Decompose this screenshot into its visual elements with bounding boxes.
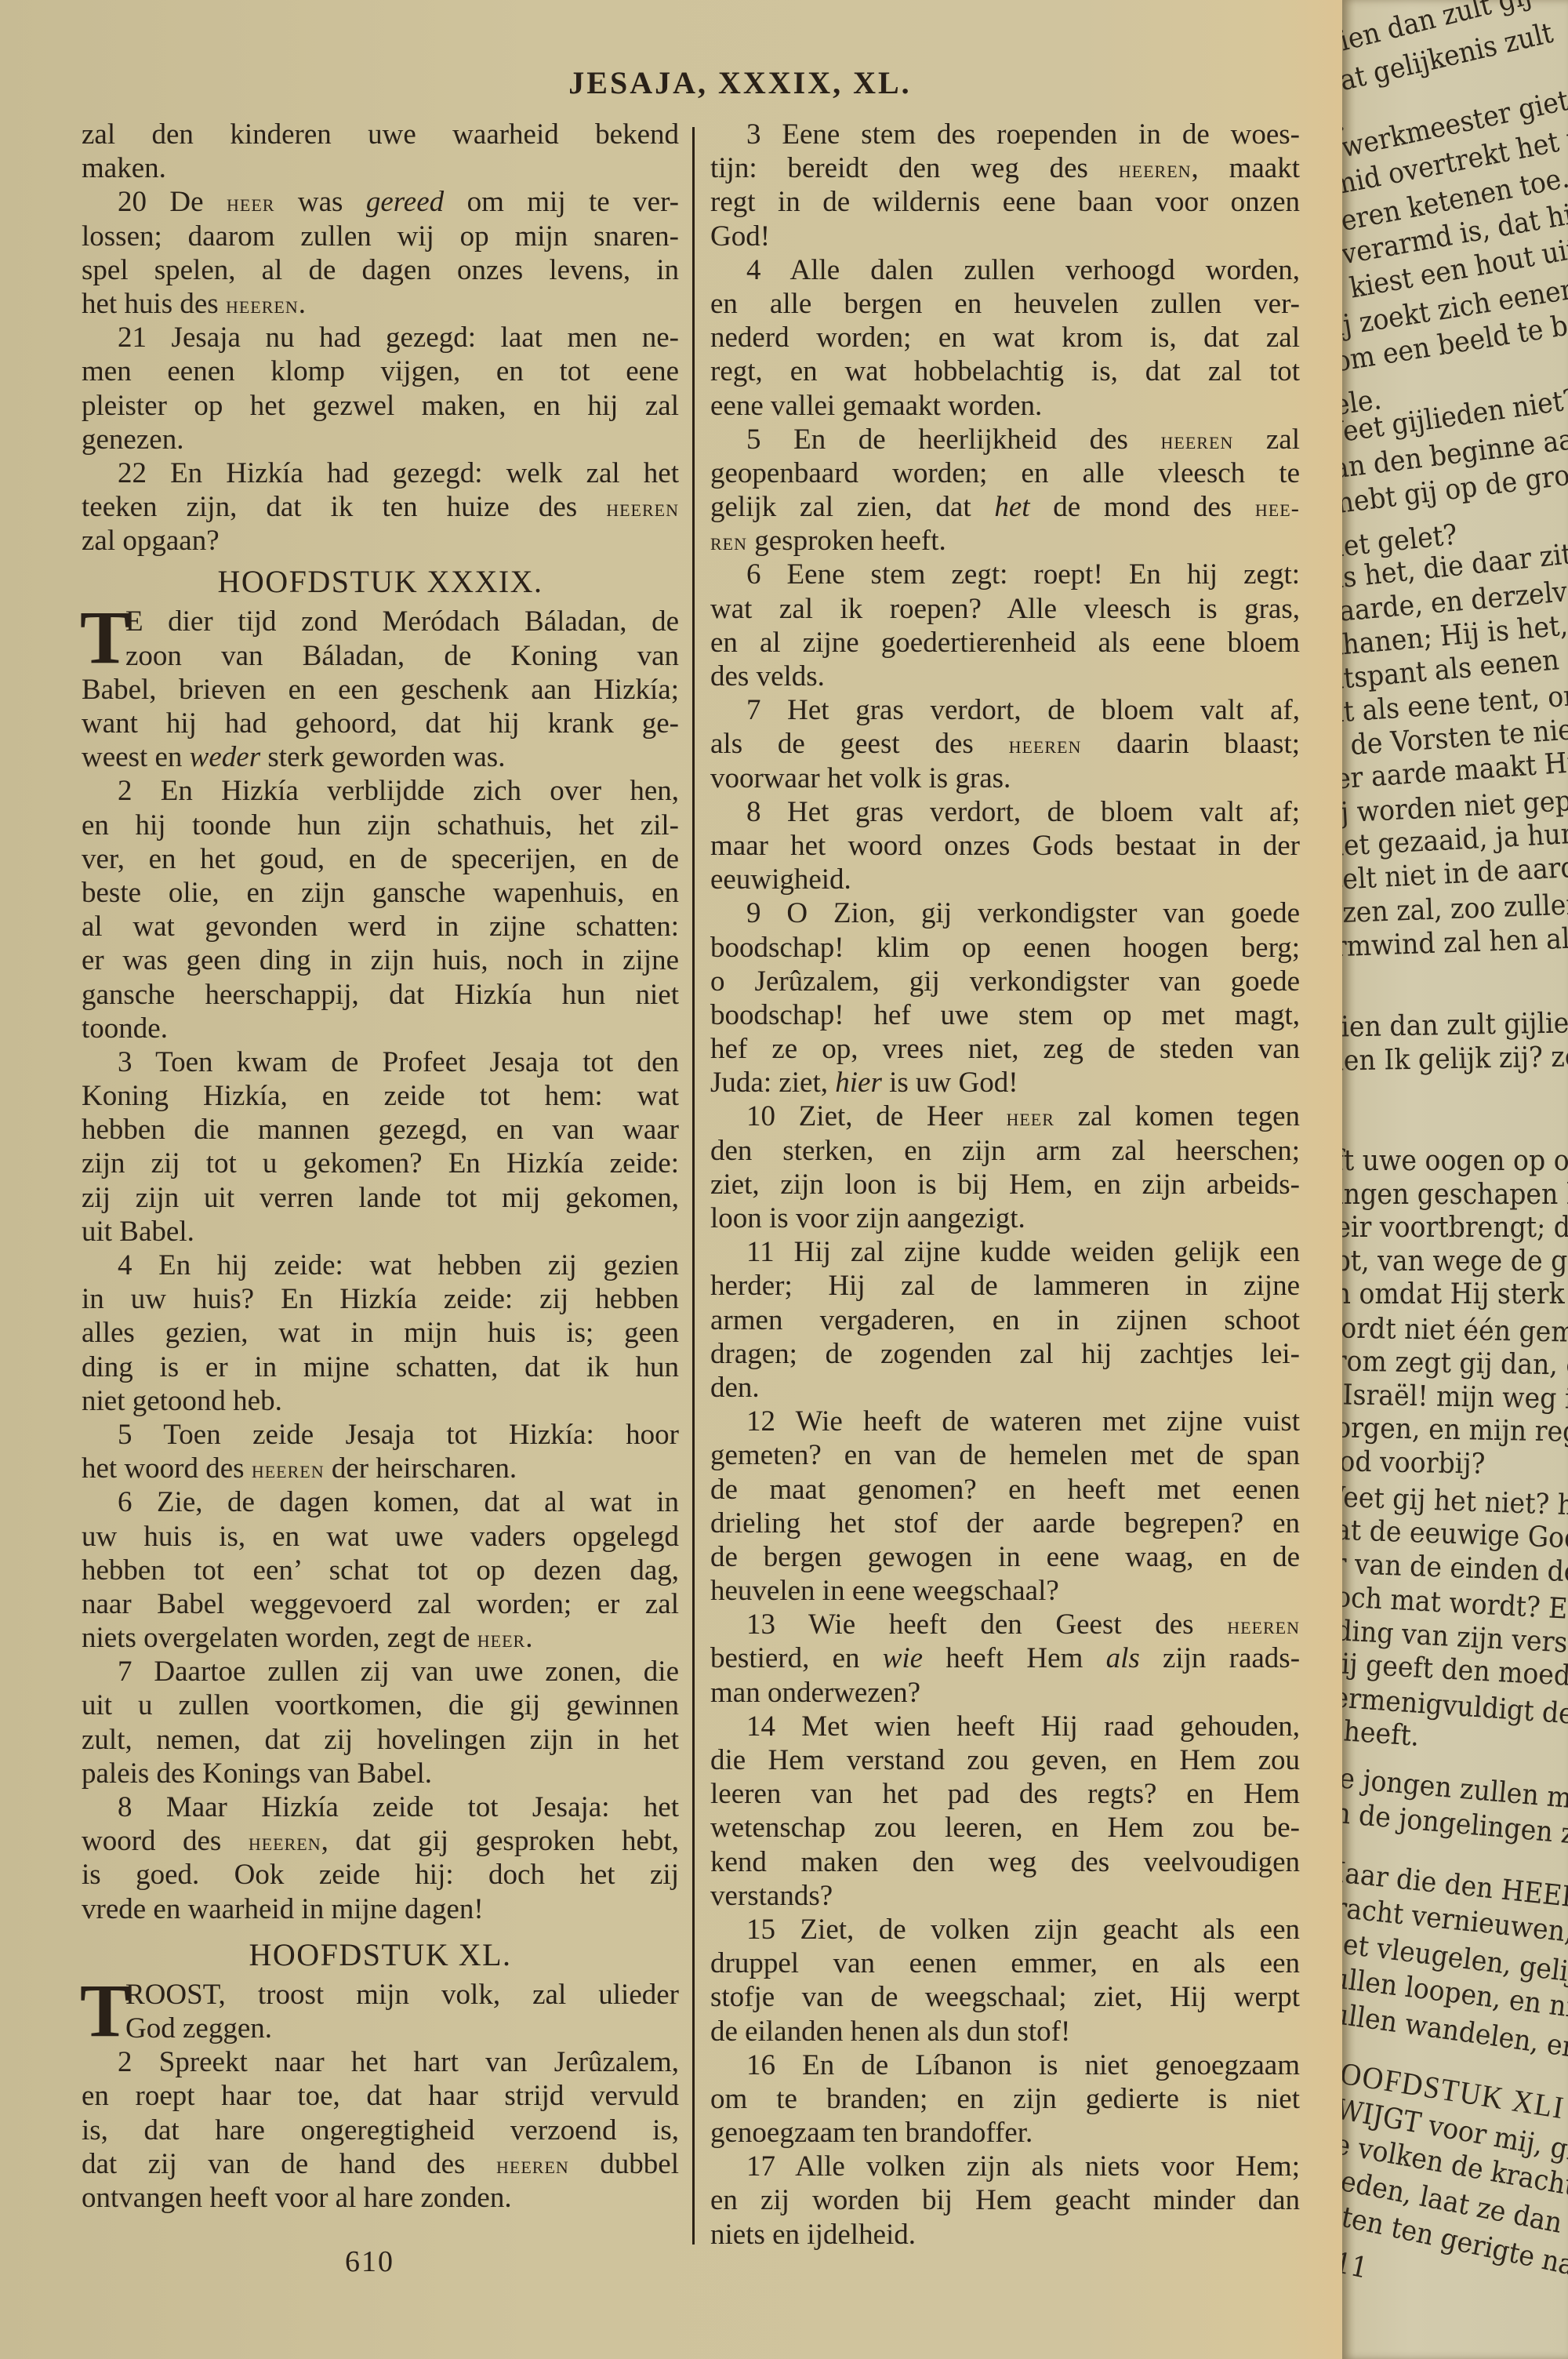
text-line: en alle bergen en heuvelen zullen ver- bbox=[710, 287, 1300, 321]
facing-page-text-line: God voorbij? bbox=[1342, 1445, 1486, 1481]
text-line: zal opgaan? bbox=[82, 524, 679, 558]
text-line: 12 Wie heeft de wateren met zijne vuist bbox=[710, 1405, 1300, 1438]
running-head: JESAJA, XXXIX, XL. bbox=[0, 64, 1342, 101]
text-line: 22 En Hizkía had gezegd: welk zal het bbox=[82, 456, 679, 490]
left-column-continuation: zal den kinderen uwe waarheid bekendmake… bbox=[82, 118, 679, 558]
text-run: daarin blaast; bbox=[1081, 728, 1300, 760]
text-line: uw huis is, en wat uwe vaders opgelegd bbox=[82, 1520, 679, 1554]
text-line: hebben die mannen gezegd, en van waar bbox=[82, 1113, 679, 1147]
small-caps-word: heer bbox=[1006, 1103, 1054, 1131]
text-line: toonde. bbox=[82, 1012, 679, 1045]
text-line: hef ze op, vrees niet, zeg de steden van bbox=[710, 1032, 1300, 1066]
facing-page-text-line: en omdat Hij sterk va bbox=[1342, 1278, 1568, 1310]
text-line: kend maken den weg des veelvoudigen bbox=[710, 1845, 1300, 1879]
text-line: voorwaar het volk is gras. bbox=[710, 761, 1300, 795]
text-line: 10 Ziet, de Heer heer zal komen tegen bbox=[710, 1100, 1300, 1133]
text-line: zij zijn uit verren lande tot mij gekome… bbox=[82, 1181, 679, 1215]
text-run: 13 Wie heeft den Geest des bbox=[746, 1608, 1227, 1641]
italic-word: hier bbox=[835, 1067, 882, 1099]
drop-cap-letter: T bbox=[80, 1979, 130, 2042]
text-line: heuvelen in eene weegschaal? bbox=[710, 1574, 1300, 1608]
text-line: beste olie, en zijn gansche wapenhuis, e… bbox=[82, 876, 679, 910]
small-caps-word: heeren bbox=[249, 1828, 321, 1856]
chapter-39-text: E dier tijd zond Meródach Báladan, dezoo… bbox=[82, 605, 679, 1925]
text-line: gelijk zal zien, dat het de mond des hee… bbox=[710, 490, 1300, 524]
text-line: want hij had gehoord, dat hij krank ge- bbox=[82, 707, 679, 740]
text-line: zijn zij tot u gekomen? En Hizkía zeide: bbox=[82, 1147, 679, 1180]
text-line: uit u zullen voortkomen, die gij gewinne… bbox=[82, 1688, 679, 1722]
facing-page-text-line: n heeft. bbox=[1342, 1714, 1421, 1753]
text-line: de maat genomen? en heeft met eenen bbox=[710, 1473, 1300, 1507]
text-line: niets overgelaten worden, zegt de heer. bbox=[82, 1621, 679, 1655]
text-line: nederd worden; en wat krom is, dat zal bbox=[710, 321, 1300, 354]
text-line: en hij toonde hun zijn schathuis, het zi… bbox=[82, 809, 679, 842]
text-line: niets en ijdelheid. bbox=[710, 2218, 1300, 2252]
text-line: 5 En de heerlijkheid des heeren zal bbox=[710, 423, 1300, 456]
chapter-40-text: ROOST, troost mijn volk, zal uliederGod … bbox=[82, 1978, 679, 2215]
text-line: hebben tot een’ schat tot op dezen dag, bbox=[82, 1554, 679, 1587]
text-line: dat zij van de hand des heeren dubbel bbox=[82, 2147, 679, 2181]
text-line: geopenbaard worden; en alle vleesch te bbox=[710, 456, 1300, 490]
text-line: er was geen ding in zijn huis, noch in z… bbox=[82, 943, 679, 977]
text-line: man onderwezen? bbox=[710, 1676, 1300, 1710]
running-head-text: JESAJA, XXXIX, XL. bbox=[568, 65, 911, 100]
text-line: zal den kinderen uwe waarheid bekend bbox=[82, 118, 679, 151]
text-run: heeft Hem bbox=[923, 1642, 1105, 1674]
text-line: weest en weder sterk geworden was. bbox=[82, 740, 679, 774]
text-run: niets overgelaten worden, zegt de bbox=[82, 1622, 477, 1654]
text-line: en zij worden bij Hem geacht minder dan bbox=[710, 2183, 1300, 2217]
text-line: bestierd, en wie heeft Hem als zijn raad… bbox=[710, 1641, 1300, 1675]
text-line: tijn: bereidt den weg des heeren, maakt bbox=[710, 151, 1300, 185]
text-run: . bbox=[525, 1622, 532, 1654]
text-run: der heirscharen. bbox=[325, 1452, 517, 1485]
italic-word: als bbox=[1106, 1642, 1140, 1674]
text-line: en al zijne goedertierenheid als eene bl… bbox=[710, 626, 1300, 660]
facing-page-text-line: wordt niet één gemist. bbox=[1342, 1312, 1568, 1350]
text-line: het huis des heeren. bbox=[82, 287, 679, 321]
text-line: uit Babel. bbox=[82, 1215, 679, 1249]
text-line: 3 Toen kwam de Profeet Jesaja tot den bbox=[82, 1045, 679, 1079]
text-line: 3 Eene stem des roependen in de woes- bbox=[710, 118, 1300, 151]
text-line: paleis des Konings van Babel. bbox=[82, 1757, 679, 1790]
text-line: spel spelen, al de dagen onzes levens, i… bbox=[82, 253, 679, 287]
text-line: den. bbox=[710, 1371, 1300, 1405]
text-run: dat zij van de hand des bbox=[82, 2148, 496, 2180]
text-run: , dat gij gesproken hebt, bbox=[321, 1825, 679, 1857]
text-line: leeren van het pad des regts? en Hem bbox=[710, 1777, 1300, 1811]
text-line: regt in de wildernis eene baan voor onze… bbox=[710, 185, 1300, 219]
text-line: boodschap! hef uwe stem op met magt, bbox=[710, 998, 1300, 1032]
facing-page-text-line: dien Ik gelijk zij? zeg bbox=[1342, 1041, 1568, 1078]
text-line: 2 Spreekt naar het hart van Jerûzalem, bbox=[82, 2045, 679, 2079]
text-line: herder; Hij zal de lammeren in zijne bbox=[710, 1269, 1300, 1303]
small-caps-word: heeren bbox=[1119, 155, 1192, 183]
text-line: en roept haar toe, dat haar strijd vervu… bbox=[82, 2079, 679, 2113]
text-line: o Jerûzalem, gij verkondigster van goede bbox=[710, 965, 1300, 998]
text-line: 14 Met wien heeft Hij raad gehouden, bbox=[710, 1710, 1300, 1743]
small-caps-word: heeren bbox=[252, 1456, 325, 1483]
text-line: in uw huis? En Hizkía zeide: zij hebben bbox=[82, 1282, 679, 1316]
text-line: 2 En Hizkía verblijdde zich over hen, bbox=[82, 774, 679, 808]
small-caps-word: heeren bbox=[1161, 427, 1234, 454]
text-run: gesproken heeft. bbox=[747, 525, 946, 557]
text-run: woord des bbox=[82, 1825, 249, 1857]
text-line: de bergen gewogen in eene waag, en de bbox=[710, 1540, 1300, 1574]
text-run: 5 En de heerlijkheid des bbox=[746, 423, 1161, 456]
text-run: het huis des bbox=[82, 288, 226, 320]
italic-word: weder bbox=[190, 741, 260, 773]
italic-word: gereed bbox=[366, 186, 444, 218]
facing-page-curl: wien dan zult gijwat gelijkenis zultn!e … bbox=[1342, 0, 1568, 2359]
text-line: niet getoond heb. bbox=[82, 1384, 679, 1418]
facing-page-text-line: o Israël! mijn weg is bbox=[1342, 1379, 1568, 1416]
text-line: 4 Alle dalen zullen verhoogd worden, bbox=[710, 253, 1300, 287]
text-line: maken. bbox=[82, 151, 679, 185]
text-line: wetenschap zou leeren, en Hem zou be- bbox=[710, 1811, 1300, 1845]
drop-cap-letter: T bbox=[80, 606, 130, 669]
text-run: dubbel bbox=[569, 2148, 679, 2180]
text-line: teeken zijn, dat ik ten huize des heeren bbox=[82, 490, 679, 524]
text-line: drieling het stof der aarde begrepen? en bbox=[710, 1507, 1300, 1540]
text-line: al wat gevonden werd in zijne schatten: bbox=[82, 910, 679, 943]
facing-page-text-line: ept, van wege de grootl bbox=[1342, 1245, 1568, 1278]
text-line: verstands? bbox=[710, 1879, 1300, 1913]
text-run: sterk geworden was. bbox=[260, 741, 505, 773]
text-run: bestierd, en bbox=[710, 1642, 883, 1674]
facing-page-text-line: dingen geschapen hee bbox=[1342, 1179, 1568, 1211]
text-line: ding is er in mijne schatten, dat ik hun bbox=[82, 1350, 679, 1384]
text-run: , maakt bbox=[1192, 152, 1300, 184]
text-line: Juda: ziet, hier is uw God! bbox=[710, 1066, 1300, 1100]
text-line: 16 En de Líbanon is niet genoegzaam bbox=[710, 2048, 1300, 2082]
text-run: tijn: bereidt den weg des bbox=[710, 152, 1119, 184]
text-line: boodschap! klim op eenen hoogen berg; bbox=[710, 931, 1300, 965]
right-column: 3 Eene stem des roependen in de woes-tij… bbox=[710, 118, 1300, 2252]
small-caps-word: heeren bbox=[606, 494, 679, 522]
facing-page-text-line: arom zegt gij dan, o J bbox=[1342, 1345, 1568, 1382]
text-line: het woord des heeren der heirscharen. bbox=[82, 1452, 679, 1485]
italic-word: het bbox=[994, 491, 1029, 523]
text-line: 6 Eene stem zegt: roept! En hij zegt: bbox=[710, 558, 1300, 591]
text-line: maar het woord onzes Gods bestaat in der bbox=[710, 829, 1300, 863]
book-page-610: JESAJA, XXXIX, XL. zal den kinderen uwe … bbox=[0, 0, 1342, 2359]
text-line: 15 Ziet, de volken zijn geacht als een bbox=[710, 1913, 1300, 1946]
text-line: genezen. bbox=[82, 423, 679, 456]
small-caps-word: heeren bbox=[1009, 731, 1082, 758]
text-line: Koning Hizkía, en zeide tot hem: wat bbox=[82, 1079, 679, 1113]
text-line: alles gezien, wat in mijn huis is; geen bbox=[82, 1316, 679, 1350]
facing-page-text-line: heir voortbrengt; die bbox=[1342, 1212, 1568, 1244]
text-line: 7 Daartoe zullen zij van uwe zonen, die bbox=[82, 1655, 679, 1688]
text-line: 13 Wie heeft den Geest des heeren bbox=[710, 1608, 1300, 1641]
text-line: God zeggen. bbox=[82, 2012, 679, 2045]
text-line: ziet, zijn loon is bij Hem, en zijn arbe… bbox=[710, 1168, 1300, 1201]
text-line: ver, en het goud, en de specerijen, en d… bbox=[82, 842, 679, 876]
text-line: is goed. Ook zeide hij: doch het zij bbox=[82, 1858, 679, 1892]
small-caps-word: hee- bbox=[1255, 494, 1300, 522]
small-caps-word: heeren bbox=[496, 2151, 569, 2179]
text-line: Babel, brieven en een geschenk aan Hizkí… bbox=[82, 673, 679, 707]
text-line: ROOST, troost mijn volk, zal ulieder bbox=[82, 1978, 679, 2012]
text-line: als de geest des heeren daarin blaast; bbox=[710, 727, 1300, 761]
text-line: ren gesproken heeft. bbox=[710, 524, 1300, 558]
text-line: genoegzaam ten brandoffer. bbox=[710, 2116, 1300, 2150]
text-line: wat zal ik roepen? Alle vleesch is gras, bbox=[710, 592, 1300, 626]
text-run: om mij te ver- bbox=[444, 186, 679, 218]
chapter-heading-39: HOOFDSTUK XXXIX. bbox=[82, 558, 679, 605]
text-run: teeken zijn, dat ik ten huize des bbox=[82, 491, 606, 523]
chapter-40-opening: T ROOST, troost mijn volk, zal uliederGo… bbox=[82, 1978, 679, 2215]
small-caps-word: heeren bbox=[226, 291, 299, 318]
text-line: stofje van de weegschaal; ziet, Hij werp… bbox=[710, 1980, 1300, 2014]
left-column: zal den kinderen uwe waarheid bekendmake… bbox=[82, 118, 679, 2215]
text-line: gansche heerschappij, dat Hizkía hun nie… bbox=[82, 978, 679, 1012]
text-run: is uw God! bbox=[882, 1067, 1018, 1099]
small-caps-word: ren bbox=[710, 528, 747, 555]
text-line: is, dat hare ongeregtigheid verzoend is, bbox=[82, 2114, 679, 2147]
facing-page-text-line: eft uwe oogen op omhoog bbox=[1342, 1145, 1568, 1177]
text-line: lossen; daarom zullen wij op mijn snaren… bbox=[82, 220, 679, 253]
text-line: den sterken, en zijn arm zal heerschen; bbox=[710, 1134, 1300, 1168]
italic-word: wie bbox=[883, 1642, 923, 1674]
text-line: regt, en wat hobbelachtig is, dat zal to… bbox=[710, 354, 1300, 388]
text-line: pleister op het gezwel maken, en hij zal bbox=[82, 389, 679, 423]
text-line: 8 Maar Hizkía zeide tot Jesaja: het bbox=[82, 1790, 679, 1824]
text-run: weest en bbox=[82, 741, 190, 773]
text-run: zal bbox=[1233, 423, 1300, 456]
text-line: naar Babel weggevoerd zal worden; er zal bbox=[82, 1587, 679, 1621]
chapter-39-opening: T E dier tijd zond Meródach Báladan, dez… bbox=[82, 605, 679, 1925]
text-run: het woord des bbox=[82, 1452, 252, 1485]
text-line: woord des heeren, dat gij gesproken hebt… bbox=[82, 1824, 679, 1858]
facing-page-text-line: borgen, en mijn regt bbox=[1342, 1412, 1568, 1448]
text-line: dragen; de zogenden zal hij zachtjes lei… bbox=[710, 1337, 1300, 1371]
text-line: 4 En hij zeide: wat hebben zij gezien bbox=[82, 1249, 679, 1282]
text-run: Juda: ziet, bbox=[710, 1067, 835, 1099]
text-line: ontvangen heeft voor al hare zonden. bbox=[82, 2181, 679, 2215]
text-line: des velds. bbox=[710, 660, 1300, 693]
text-line: 6 Zie, de dagen komen, dat al wat in bbox=[82, 1485, 679, 1519]
text-line: om te branden; en zijn gedierte is niet bbox=[710, 2082, 1300, 2116]
text-line: druppel van eenen emmer, en als een bbox=[710, 1946, 1300, 1980]
column-divider-rule bbox=[692, 127, 695, 2245]
text-line: 7 Het gras verdort, de bloem valt af, bbox=[710, 693, 1300, 727]
text-line: loon is voor zijn aangezigt. bbox=[710, 1201, 1300, 1235]
text-run: 20 De bbox=[118, 186, 227, 218]
text-line: eene vallei gemaakt worden. bbox=[710, 389, 1300, 423]
text-run: als de geest des bbox=[710, 728, 1009, 760]
facing-page-text-line: 611 bbox=[1342, 2243, 1370, 2284]
text-line: men eenen klomp vijgen, en tot eene bbox=[82, 354, 679, 388]
text-line: gemeten? en van de hemelen met de span bbox=[710, 1438, 1300, 1472]
text-line: 9 O Zion, gij verkondigster van goede bbox=[710, 896, 1300, 930]
text-line: God! bbox=[710, 220, 1300, 253]
text-line: 5 Toen zeide Jesaja tot Hizkía: hoor bbox=[82, 1418, 679, 1452]
text-run: gelijk zal zien, dat bbox=[710, 491, 994, 523]
text-run: . bbox=[299, 288, 306, 320]
text-line: zoon van Báladan, de Koning van bbox=[82, 639, 679, 673]
text-run: was bbox=[274, 186, 365, 218]
text-line: de eilanden henen als dun stof! bbox=[710, 2015, 1300, 2048]
chapter-heading-40: HOOFDSTUK XL. bbox=[82, 1931, 679, 1978]
text-line: eeuwigheid. bbox=[710, 863, 1300, 896]
text-line: armen vergaderen, en in zijnen schoot bbox=[710, 1303, 1300, 1337]
text-line: zult, nemen, dat zij hovelingen zijn in … bbox=[82, 1723, 679, 1757]
text-line: 8 Het gras verdort, de bloem valt af; bbox=[710, 795, 1300, 829]
page-number: 610 bbox=[345, 2245, 394, 2279]
text-line: 21 Jesaja nu had gezegd: laat men ne- bbox=[82, 321, 679, 354]
text-line: 20 De heer was gereed om mij te ver- bbox=[82, 185, 679, 219]
text-line: E dier tijd zond Meródach Báladan, de bbox=[82, 605, 679, 638]
text-line: die Hem verstand zou geven, en Hem zou bbox=[710, 1743, 1300, 1777]
text-run: 10 Ziet, de Heer bbox=[746, 1100, 1006, 1132]
text-run: zal komen tegen bbox=[1054, 1100, 1300, 1132]
text-line: vrede en waarheid in mijne dagen! bbox=[82, 1892, 679, 1926]
small-caps-word: heeren bbox=[1227, 1612, 1300, 1639]
text-run: de mond des bbox=[1030, 491, 1255, 523]
facing-page-text-line: wien dan zult gijlieden bbox=[1342, 1006, 1568, 1044]
text-line: 17 Alle volken zijn als niets voor Hem; bbox=[710, 2150, 1300, 2183]
small-caps-word: heer bbox=[227, 189, 274, 216]
facing-page-text-line: n. bbox=[1342, 980, 1345, 1012]
text-run: zijn raads- bbox=[1140, 1642, 1300, 1674]
small-caps-word: heer bbox=[477, 1625, 525, 1652]
text-line: 11 Hij zal zijne kudde weiden gelijk een bbox=[710, 1235, 1300, 1269]
